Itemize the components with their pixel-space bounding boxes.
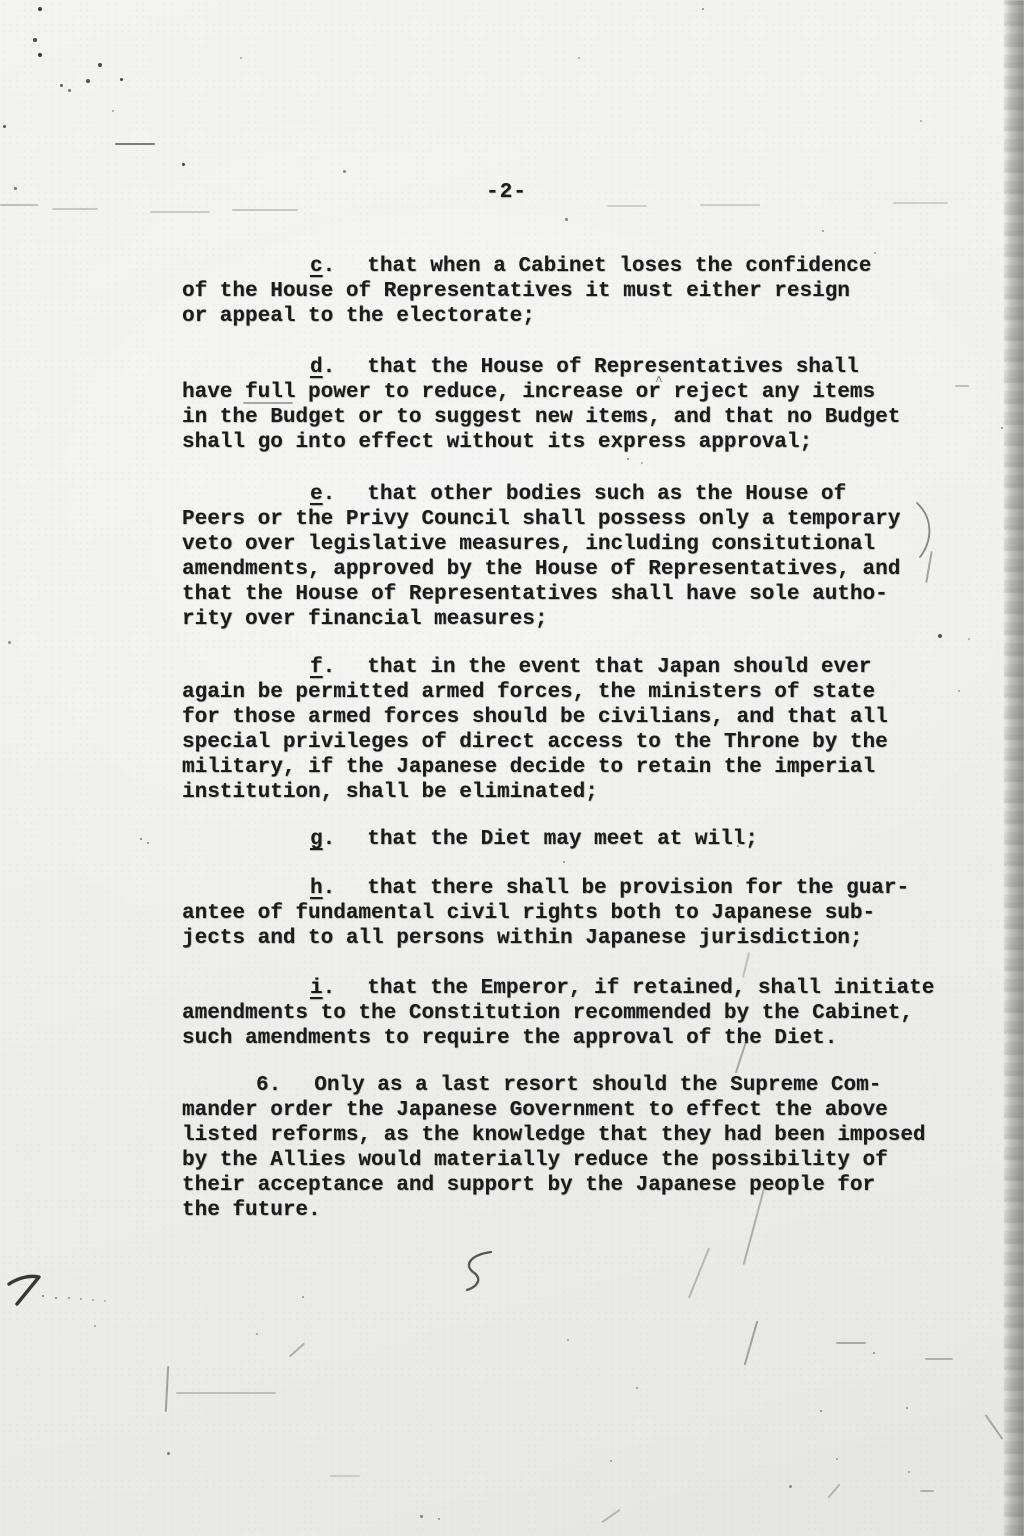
paragraph-c: c.that when a Cabinet loses the confiden… [182, 254, 1022, 329]
scan-edge-shadow [1004, 0, 1024, 1536]
paragraph-h: h.that there shall be provision for the … [182, 876, 1022, 951]
paragraph-d-text: that the House of Representatives shall … [182, 356, 900, 454]
paragraph-i-text: that the Emperor, if retained, shall ini… [182, 977, 934, 1050]
paragraph-6-label: 6. [256, 1074, 281, 1097]
paragraph-d-label: d. [310, 356, 335, 379]
paragraph-c-label: c. [310, 255, 335, 278]
paragraph-d: d.that the House of Representatives shal… [182, 355, 1022, 455]
paragraph-f: f.that in the event that Japan should ev… [182, 655, 1022, 805]
paragraph-6-text: Only as a last resort should the Supreme… [182, 1074, 926, 1222]
paragraph-i: i.that the Emperor, if retained, shall i… [182, 976, 1022, 1051]
paragraph-6: 6.Only as a last resort should the Supre… [182, 1073, 1022, 1223]
paragraph-c-text: that when a Cabinet loses the confidence… [182, 255, 871, 328]
paragraph-g-label: g. [310, 828, 335, 851]
paragraph-e: e.that other bodies such as the House of… [182, 482, 1022, 632]
paragraph-e-label: e. [310, 483, 335, 506]
paragraph-g-text: that the Diet may meet at will; [367, 828, 758, 851]
page-number: -2- [486, 181, 527, 204]
paragraph-h-text: that there shall be provision for the gu… [182, 877, 909, 950]
paragraph-f-text: that in the event that Japan should ever… [182, 656, 888, 804]
paragraph-h-label: h. [310, 877, 335, 900]
paragraph-i-label: i. [310, 977, 335, 1000]
paragraph-f-label: f. [310, 656, 335, 679]
document-page: -2- c.that when a Cabinet loses the conf… [0, 0, 1024, 1536]
paragraph-g: g.that the Diet may meet at will; [182, 827, 1022, 852]
paragraph-e-text: that other bodies such as the House of P… [182, 483, 900, 631]
typewritten-text-layer: -2- c.that when a Cabinet loses the conf… [0, 0, 1024, 1536]
